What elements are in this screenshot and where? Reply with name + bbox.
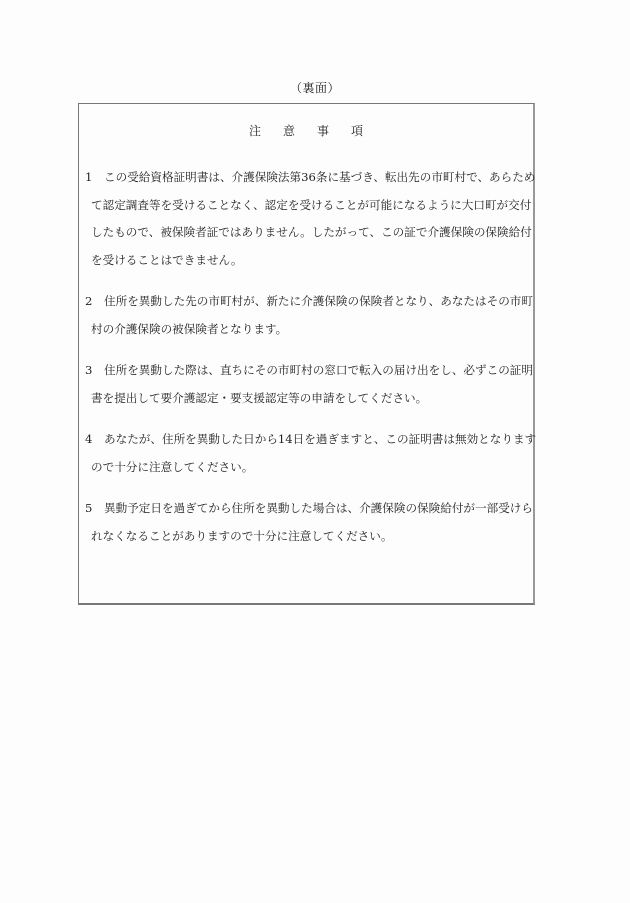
- item-number: 4: [85, 426, 101, 454]
- notice-box: 注意事項 1 この受給資格証明書は、介護保険法第36条に基づき、転出先の市町村で…: [78, 103, 535, 605]
- item-text-line: 村の介護保険の被保険者となります。: [85, 316, 529, 344]
- notice-item-5: 5 異動予定日を過ぎてから住所を異動した場合は、介護保険の保険給付が一部受けら …: [85, 495, 529, 550]
- item-text-line: 住所を異動した際は、直ちにその市町村の窓口で転入の届け出をし、必ずこの証明: [85, 357, 529, 385]
- notice-items-list: 1 この受給資格証明書は、介護保険法第36条に基づき、転出先の市町村で、あらため…: [85, 164, 529, 564]
- notice-item-2: 2 住所を異動した先の市町村が、新たに介護保険の保険者となり、あなたはその市町 …: [85, 288, 529, 343]
- item-text-line: れなくなることがありますので十分に注意してください。: [85, 523, 529, 551]
- item-text-line: したもので、被保険者証ではありません。したがって、この証で介護保険の保険給付: [85, 219, 529, 247]
- item-number: 3: [85, 357, 101, 385]
- item-text-line: を受けることはできません。: [85, 247, 529, 275]
- heading-char: 事: [317, 122, 329, 139]
- item-number: 2: [85, 288, 101, 316]
- item-text-line: 書を提出して要介護認定・要支援認定等の申請をしてください。: [85, 385, 529, 413]
- page-side-label: （裏面）: [0, 79, 630, 96]
- notice-item-4: 4 あなたが、住所を異動した日から14日を過ぎますと、この証明書は無効となります…: [85, 426, 529, 481]
- heading-char: 意: [283, 122, 295, 139]
- notice-item-3: 3 住所を異動した際は、直ちにその市町村の窓口で転入の届け出をし、必ずこの証明 …: [85, 357, 529, 412]
- notice-item-1: 1 この受給資格証明書は、介護保険法第36条に基づき、転出先の市町村で、あらため…: [85, 164, 529, 274]
- heading-char: 項: [351, 122, 363, 139]
- item-text-line: 住所を異動した先の市町村が、新たに介護保険の保険者となり、あなたはその市町: [85, 288, 529, 316]
- item-text-line: あなたが、住所を異動した日から14日を過ぎますと、この証明書は無効となります: [85, 426, 529, 454]
- item-text-line: 異動予定日を過ぎてから住所を異動した場合は、介護保険の保険給付が一部受けら: [85, 495, 529, 523]
- heading-char: 注: [249, 122, 261, 139]
- item-text-line: この受給資格証明書は、介護保険法第36条に基づき、転出先の市町村で、あらため: [85, 164, 529, 192]
- item-text-line: て認定調査等を受けることなく、認定を受けることが可能になるように大口町が交付: [85, 192, 529, 220]
- item-number: 5: [85, 495, 101, 523]
- item-number: 1: [85, 164, 101, 192]
- item-text-line: ので十分に注意してください。: [85, 454, 529, 482]
- notice-heading: 注意事項: [79, 122, 533, 139]
